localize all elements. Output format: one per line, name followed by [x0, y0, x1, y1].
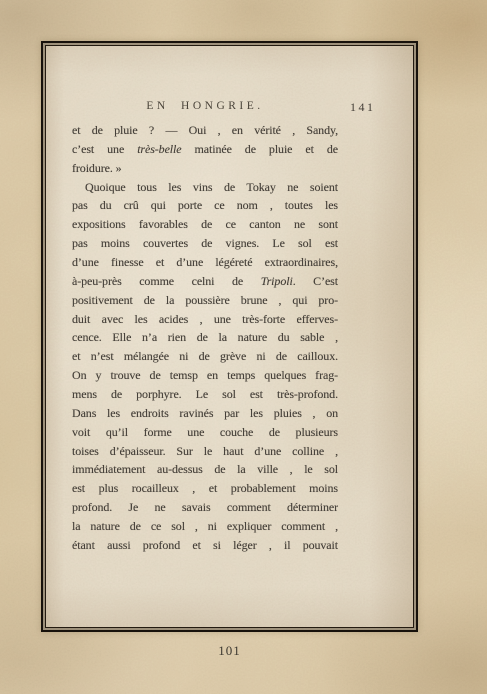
italic-text: très-belle [137, 142, 181, 156]
text-line: froidure. » [72, 159, 338, 178]
text-segment: la nature de ce sol , ni expliquer comme… [72, 519, 338, 533]
text-segment: et de pluie ? — Oui , en vérité , Sandy, [72, 123, 338, 137]
text-line: et de pluie ? — Oui , en vérité , Sandy, [72, 121, 338, 140]
text-line: étant aussi profond et si léger , il pou… [72, 536, 338, 555]
text-segment: duit avec les acides , une très-forte ef… [72, 312, 338, 326]
text-line: On y trouve de temsp en temps quelques f… [72, 366, 338, 385]
text-line: toises d’épaisseur. Sur le haut d’une co… [72, 442, 338, 461]
text-line: d’une finesse et d’une légéreté extraord… [72, 253, 338, 272]
text-segment: pas du crû qui porte ce nom , toutes les [72, 198, 338, 212]
text-segment: positivement de la poussière brune , qui… [72, 293, 338, 307]
text-segment: Dans les endroits ravinés par les pluies… [72, 406, 338, 420]
text-line: et n’est mélangée ni de grève ni de cail… [72, 347, 338, 366]
text-segment: On y trouve de temsp en temps quelques f… [72, 368, 338, 382]
folio-number: 101 [41, 643, 418, 659]
text-segment: expositions favorables de ce canton ne s… [72, 217, 338, 231]
text-segment: cence. Elle n’a rien de la nature du sab… [72, 330, 338, 344]
text-line: Dans les endroits ravinés par les pluies… [72, 404, 338, 423]
text-line: mens de porphyre. Le sol est très-profon… [72, 385, 338, 404]
text-segment: à-peu-près comme celni de [72, 274, 261, 288]
text-line: c’est une très-belle matinée de pluie et… [72, 140, 338, 159]
text-line: cence. Elle n’a rien de la nature du sab… [72, 328, 338, 347]
book-page: EN HONGRIE. 141 et de pluie ? — Oui , en… [45, 45, 414, 628]
text-segment: étant aussi profond et si léger , il pou… [72, 538, 338, 552]
screenshot-root: { "document": { "running_header": { "tit… [0, 0, 487, 694]
header-title: EN HONGRIE. [146, 100, 263, 112]
text-line: à-peu-près comme celni de Tripoli. C’est [72, 272, 338, 291]
text-line: la nature de ce sol , ni expliquer comme… [72, 517, 338, 536]
text-segment: mens de porphyre. Le sol est très-profon… [72, 387, 338, 401]
text-line: voit qu’il forme une couche de plusieurs [72, 423, 338, 442]
text-segment: d’une finesse et d’une légéreté extraord… [72, 255, 338, 269]
text-segment: c’est une [72, 142, 137, 156]
header-page-number: 141 [350, 100, 376, 115]
text-segment: est plus rocailleux , et probablement mo… [72, 481, 338, 495]
text-segment: immédiatement au-dessus de la ville , le… [72, 462, 338, 476]
text-line: expositions favorables de ce canton ne s… [72, 215, 338, 234]
text-segment: pas moins couvertes de vignes. Le sol es… [72, 236, 338, 250]
body-text: et de pluie ? — Oui , en vérité , Sandy,… [72, 121, 338, 555]
text-line: est plus rocailleux , et probablement mo… [72, 479, 338, 498]
text-line: duit avec les acides , une très-forte ef… [72, 310, 338, 329]
text-line: Quoique tous les vins de Tokay ne soient [72, 178, 338, 197]
text-line: pas du crû qui porte ce nom , toutes les [72, 196, 338, 215]
text-segment: matinée de pluie et de [182, 142, 338, 156]
text-segment: . C’est [293, 274, 338, 288]
text-line: positivement de la poussière brune , qui… [72, 291, 338, 310]
italic-text: Tripoli [261, 274, 293, 288]
text-segment: et n’est mélangée ni de grève ni de cail… [72, 349, 338, 363]
scan-frame: EN HONGRIE. 141 et de pluie ? — Oui , en… [41, 41, 418, 632]
text-segment: profond. Je ne savais comment déterminer [72, 500, 338, 514]
running-header: EN HONGRIE. 141 [72, 100, 338, 112]
text-segment: froidure. » [72, 161, 122, 175]
text-segment: toises d’épaisseur. Sur le haut d’une co… [72, 444, 338, 458]
text-line: immédiatement au-dessus de la ville , le… [72, 460, 338, 479]
text-line: pas moins couvertes de vignes. Le sol es… [72, 234, 338, 253]
text-segment: voit qu’il forme une couche de plusieurs [72, 425, 338, 439]
text-line: profond. Je ne savais comment déterminer [72, 498, 338, 517]
text-segment: Quoique tous les vins de Tokay ne soient [85, 180, 338, 194]
